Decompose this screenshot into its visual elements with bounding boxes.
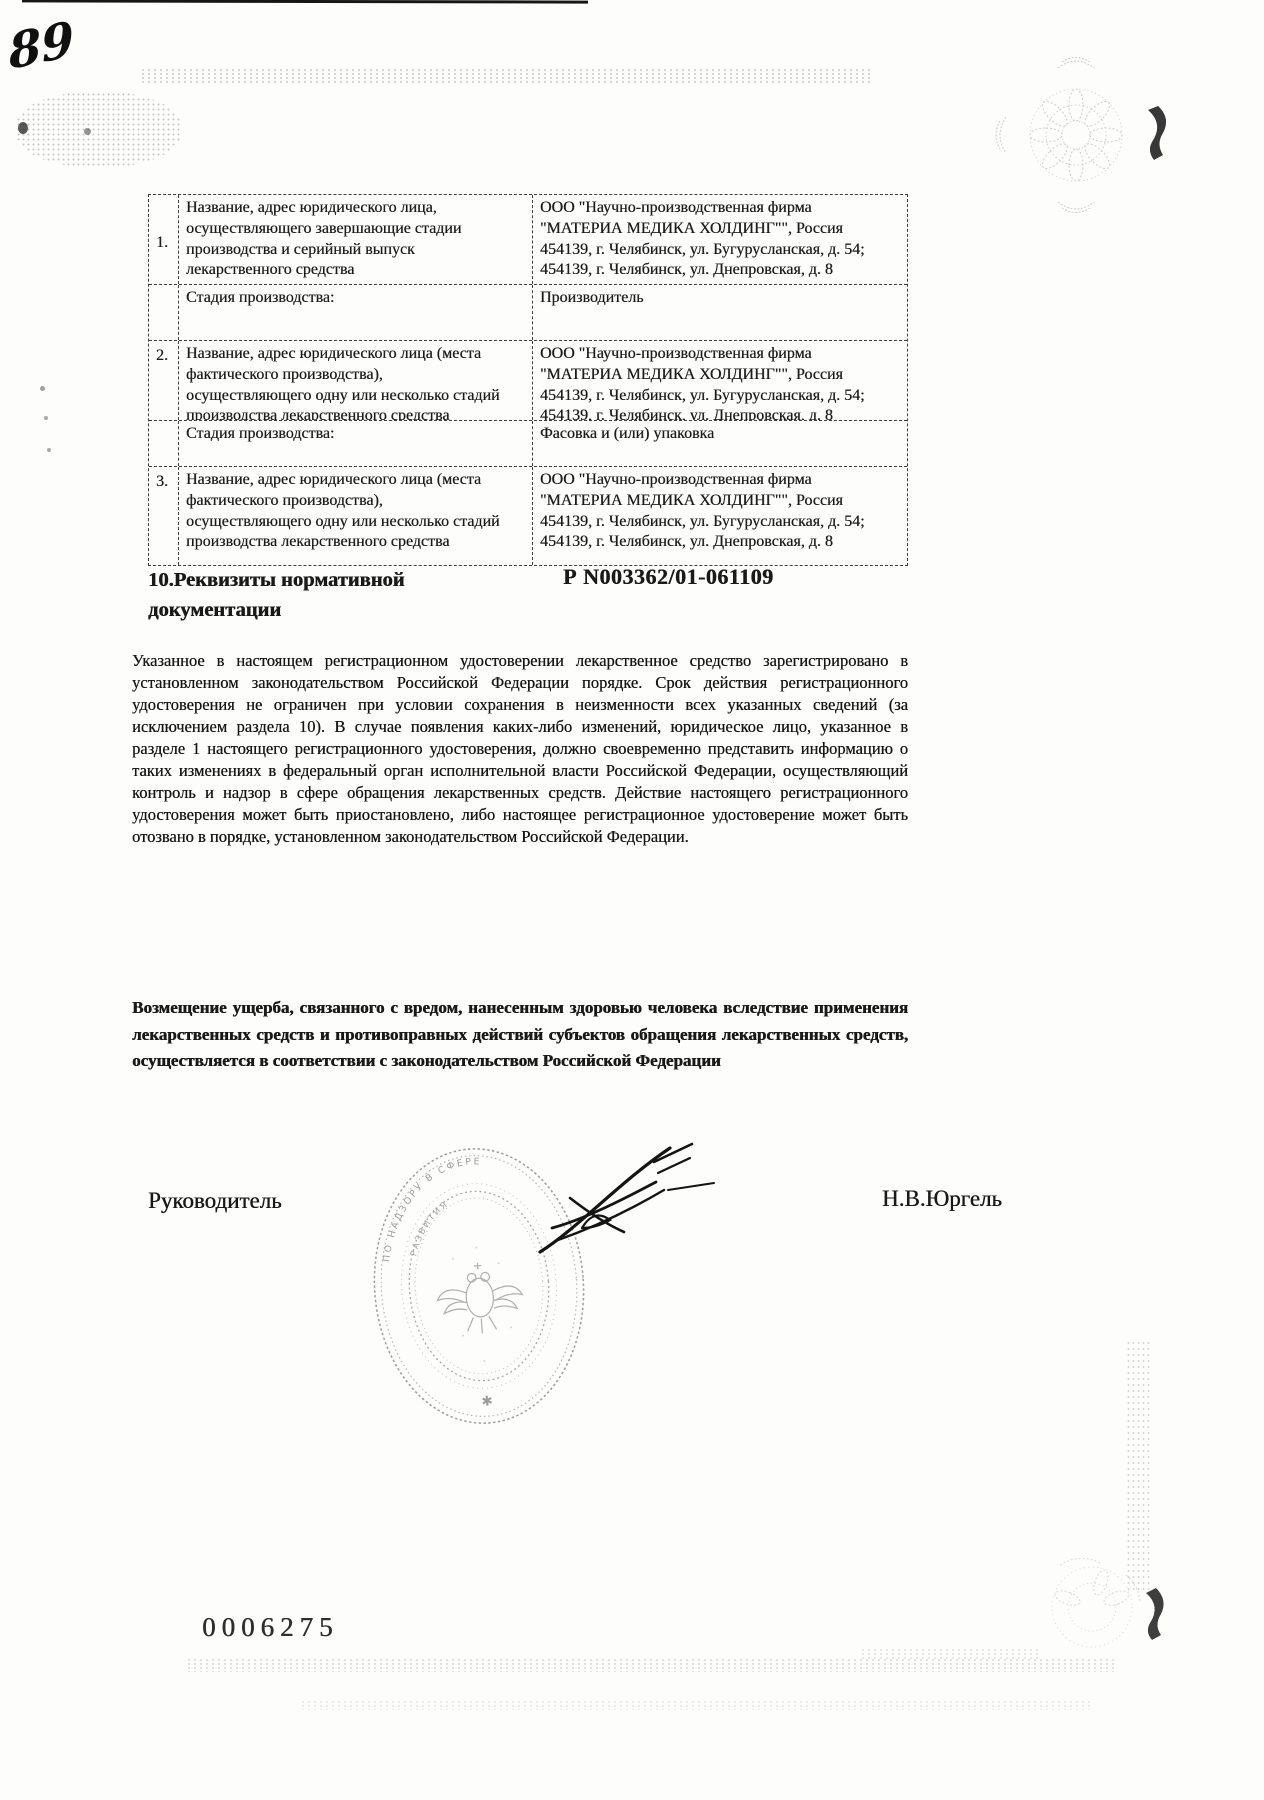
row-number-cell bbox=[149, 285, 179, 340]
row-number-cell bbox=[149, 421, 179, 466]
row-value-cell: ООО "Научно-производственная фирма "МАТЕ… bbox=[533, 467, 907, 565]
liability-paragraph: Возмещение ущерба, связанного с вредом, … bbox=[132, 995, 908, 1075]
row-value-cell: Производитель bbox=[533, 285, 907, 340]
validity-paragraph: Указанное в настоящем регистрационном уд… bbox=[132, 650, 908, 848]
registration-table: 1. Название, адрес юридического лица, ос… bbox=[148, 194, 908, 566]
row-value-cell: ООО "Научно-производственная фирма "МАТЕ… bbox=[533, 195, 907, 284]
dark-edge-mark-icon bbox=[1146, 1588, 1164, 1640]
row-label-cell: Стадия производства: bbox=[179, 285, 533, 340]
dark-edge-mark-icon bbox=[1148, 106, 1166, 160]
stamp-speckle bbox=[444, 1244, 519, 1364]
section-10-heading: 10.Реквизиты нормативной документации bbox=[148, 566, 488, 625]
row-value-cell: ООО "Научно-производственная фирма "МАТЕ… bbox=[533, 341, 907, 420]
scan-noise-blob bbox=[16, 92, 181, 167]
row-number-cell: 2. bbox=[149, 341, 179, 420]
signature-scribble bbox=[518, 1128, 728, 1278]
row-label-cell: Название, адрес юридического лица (места… bbox=[179, 341, 533, 420]
svg-text:РАЗВИТИЯ: РАЗВИТИЯ bbox=[405, 1199, 454, 1258]
scanned-certificate-page: 89 1. Название, адрес юридического лица,… bbox=[0, 0, 1264, 1800]
scan-ink-spot bbox=[18, 122, 28, 134]
table-row: 3. Название, адрес юридического лица (ме… bbox=[149, 467, 907, 565]
serial-number: 0006275 bbox=[202, 1612, 339, 1643]
table-row: 1. Название, адрес юридического лица, ос… bbox=[149, 195, 907, 285]
scan-noise-band bbox=[186, 1658, 1116, 1672]
stamp-inner-text: РАЗВИТИЯ bbox=[405, 1199, 454, 1258]
star-icon: ✱ bbox=[481, 1393, 493, 1409]
signatory-name: Н.В.Юргель bbox=[882, 1186, 1002, 1212]
svg-text:ПО НАДЗОРУ В СФЕРЕ: ПО НАДЗОРУ В СФЕРЕ bbox=[374, 1156, 489, 1264]
row-label-cell: Название, адрес юридического лица (места… bbox=[179, 467, 533, 565]
scan-ink-spot bbox=[84, 128, 91, 135]
row-label-cell: Название, адрес юридического лица, осуще… bbox=[179, 195, 533, 284]
handwritten-page-number: 89 bbox=[7, 11, 76, 81]
signatory-role-label: Руководитель bbox=[148, 1188, 282, 1214]
table-row: Стадия производства: Производитель bbox=[149, 285, 907, 341]
table-row: Стадия производства: Фасовка и (или) упа… bbox=[149, 421, 907, 467]
rosette-ornament-icon bbox=[988, 50, 1168, 220]
registration-number: Р N003362/01-061109 bbox=[563, 564, 774, 590]
row-value-cell: Фасовка и (или) упаковка bbox=[533, 421, 907, 466]
scan-ink-spot bbox=[40, 386, 45, 391]
row-label-cell: Стадия производства: bbox=[179, 421, 533, 466]
row-number-cell: 3. bbox=[149, 467, 179, 565]
stamp-ring-text: ПО НАДЗОРУ В СФЕРЕ bbox=[374, 1156, 489, 1264]
scan-noise-band bbox=[140, 68, 870, 83]
row-number-cell: 1. bbox=[149, 195, 179, 284]
scan-noise-band bbox=[1126, 1340, 1152, 1592]
scan-noise-band bbox=[300, 1700, 1090, 1710]
scan-ink-spot bbox=[47, 448, 51, 452]
eagle-emblem-icon bbox=[435, 1260, 525, 1336]
table-row: 2. Название, адрес юридического лица (ме… bbox=[149, 341, 907, 421]
scan-ink-spot bbox=[44, 416, 48, 420]
scan-edge-line bbox=[22, 0, 588, 4]
scan-noise-band bbox=[860, 1648, 1040, 1660]
pen-dash bbox=[668, 1183, 714, 1190]
